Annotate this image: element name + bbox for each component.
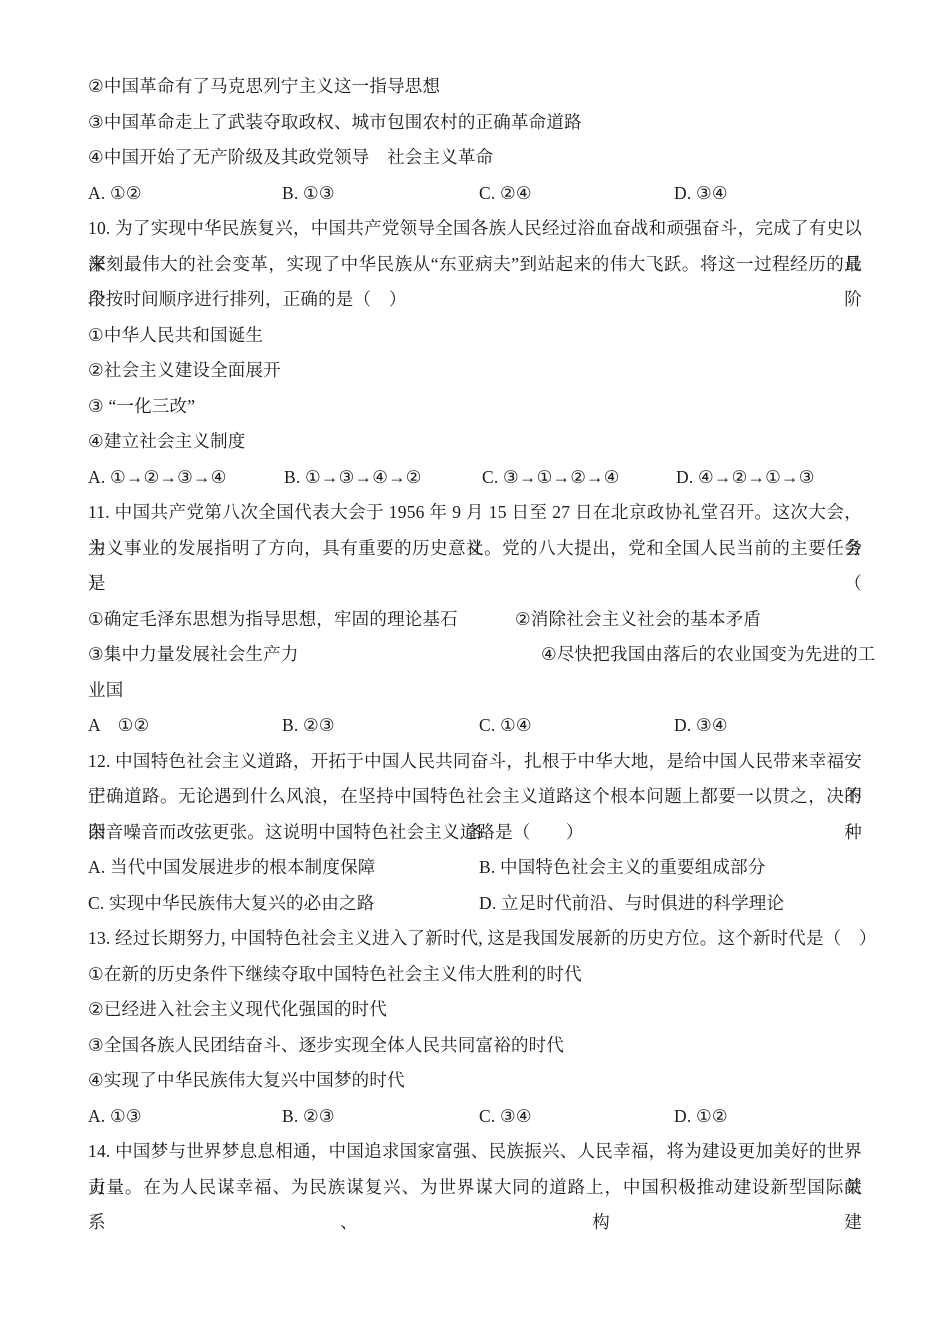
text-line: ③ “一化三改” xyxy=(88,389,862,425)
text-line: ②已经进入社会主义现代化强国的时代 xyxy=(88,992,862,1028)
two-column-row: C. 实现中华民族伟大复兴的必由之路D. 立足时代前沿、与时俱进的科学理论 xyxy=(88,886,862,922)
option-item: C. ①④ xyxy=(479,708,532,744)
option-item: A. ①③ xyxy=(88,1099,142,1135)
option-item: B. ②③ xyxy=(282,1099,335,1135)
two-column-row: ①确定毛泽东思想为指导思想，牢固的理论基石②消除社会主义社会的基本矛盾 xyxy=(88,602,862,638)
text-line: 深刻最伟大的社会变革，实现了中华民族从“东亚病夫”到站起来的伟大飞跃。将这一过程… xyxy=(88,247,862,283)
text-line: 14. 中国梦与世界梦息息相通，中国追求国家富强、民族振兴、人民幸福，将为建设更… xyxy=(88,1134,862,1170)
option-item: C. ③④ xyxy=(479,1099,532,1135)
text-line: 段按时间顺序进行排列，正确的是（ ） xyxy=(88,282,862,318)
text-line: ④实现了中华民族伟大复兴中国梦的时代 xyxy=(88,1063,862,1099)
text-line: 杂音噪音而改弦更张。这说明中国特色社会主义道路是（ ） xyxy=(88,815,862,851)
option-item: C. ③→①→②→④ xyxy=(482,460,620,496)
text-line: ②中国革命有了马克思列宁主义这一指导思想 xyxy=(88,69,862,105)
text-segment: ②消除社会主义社会的基本矛盾 xyxy=(515,602,761,638)
option-row: A. ①→②→③→④B. ①→③→④→②C. ③→①→②→④D. ④→②→①→③ xyxy=(88,460,862,496)
text-segment: ①确定毛泽东思想为指导思想，牢固的理论基石 xyxy=(88,602,458,638)
text-line: ③全国各族人民团结奋斗、逐步实现全体人民共同富裕的时代 xyxy=(88,1028,862,1064)
text-line: ③中国革命走上了武装夺取政权、城市包围农村的正确革命道路 xyxy=(88,105,862,141)
option-item: B. ①③ xyxy=(282,176,335,212)
option-row: A. ①③B. ②③C. ③④D. ①② xyxy=(88,1099,862,1135)
text-segment: D. 立足时代前沿、与时俱进的科学理论 xyxy=(479,886,784,922)
text-segment: ④尽快把我国由落后的农业国变为先进的工 xyxy=(541,637,876,673)
text-segment: B. 中国特色社会主义的重要组成部分 xyxy=(479,850,766,886)
option-item: A ①② xyxy=(88,708,149,744)
text-segment: A. 当代中国发展进步的根本制度保障 xyxy=(88,850,376,886)
option-item: D. ③④ xyxy=(674,176,728,212)
option-item: D. ③④ xyxy=(674,708,728,744)
two-column-row: A. 当代中国发展进步的根本制度保障B. 中国特色社会主义的重要组成部分 xyxy=(88,850,862,886)
text-segment: C. 实现中华民族伟大复兴的必由之路 xyxy=(88,886,375,922)
text-line: ④建立社会主义制度 xyxy=(88,424,862,460)
text-line: ④中国开始了无产阶级及其政党领导 社会主义革命 xyxy=(88,140,862,176)
option-item: B. ①→③→④→② xyxy=(284,460,422,496)
text-line: 业国 xyxy=(88,673,862,709)
text-line: ②社会主义建设全面展开 xyxy=(88,353,862,389)
text-line: 12. 中国特色社会主义道路，开拓于中国人民共同奋斗，扎根于中华大地，是给中国人… xyxy=(88,744,862,780)
text-line: ） xyxy=(88,566,862,602)
two-column-row: ③集中力量发展社会生产力④尽快把我国由落后的农业国变为先进的工 xyxy=(88,637,862,673)
document-page: ②中国革命有了马克思列宁主义这一指导思想③中国革命走上了武装夺取政权、城市包围农… xyxy=(0,0,950,1344)
option-item: D. ④→②→①→③ xyxy=(676,460,815,496)
option-row: A. ①②B. ①③C. ②④D. ③④ xyxy=(88,176,862,212)
text-line: 10. 为了实现中华民族复兴，中国共产党领导全国各族人民经过浴血奋战和顽强奋斗，… xyxy=(88,211,862,247)
document-body: ②中国革命有了马克思列宁主义这一指导思想③中国革命走上了武装夺取政权、城市包围农… xyxy=(88,69,862,1205)
text-line: 力量。在为人民谋幸福、为民族谋复兴、为世界谋大同的道路上，中国积极推动建设新型国… xyxy=(88,1170,862,1206)
option-row: A ①②B. ②③C. ①④D. ③④ xyxy=(88,708,862,744)
option-item: C. ②④ xyxy=(479,176,532,212)
option-item: A. ①② xyxy=(88,176,142,212)
text-line: 13. 经过长期努力, 中国特色社会主义进入了新时代, 这是我国发展新的历史方位… xyxy=(88,921,862,957)
option-item: D. ①② xyxy=(674,1099,728,1135)
option-item: B. ②③ xyxy=(282,708,335,744)
text-line: 主义事业的发展指明了方向，具有重要的历史意义。党的八大提出，党和全国人民当前的主… xyxy=(88,531,862,567)
text-line: ①中华人民共和国诞生 xyxy=(88,318,862,354)
option-item: A. ①→②→③→④ xyxy=(88,460,227,496)
text-line: ①在新的历史条件下继续夺取中国特色社会主义伟大胜利的时代 xyxy=(88,957,862,993)
text-line: 正确道路。无论遇到什么风浪，在坚持中国特色社会主义道路这个根本问题上都要一以贯之… xyxy=(88,779,862,815)
text-segment: ③集中力量发展社会生产力 xyxy=(88,637,299,673)
text-line: 11. 中国共产党第八次全国代表大会于 1956 年 9 月 15 日至 27 … xyxy=(88,495,862,531)
